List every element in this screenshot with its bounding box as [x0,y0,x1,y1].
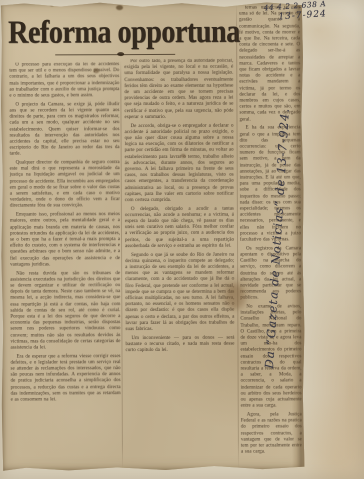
handwritten-reference-annotation: 44 4.2.2.638 A 13-7-924 [263,0,364,23]
rule-line [55,54,175,56]
article-paragraph: Segundo o que já se soube do Rio de Jane… [125,252,234,333]
article-paragraph: Era de esperar que a reforma viesse corr… [11,354,121,404]
rule-ornament-icon [117,52,124,56]
ink-stain [50,3,54,6]
ink-stain [116,5,123,10]
paper-stain [93,68,99,73]
headline: Reforma opportuna [8,13,229,54]
paper-stain [181,154,186,158]
article-paragraph: O processo para execução da lei de accid… [9,62,119,100]
article-paragraph: Por outro lado, a presença da autoridade… [124,59,233,122]
clipping-folded-edge [290,1,305,470]
article-paragraph: O projecto da Camara, se exige já, póde … [9,102,119,158]
headline-rule [55,53,175,57]
article-paragraph: Não resta duvida que são os tribunaes de… [10,271,120,352]
article-paragraph: O delegado, obrigado a acudir a tantas o… [125,206,234,250]
album-page: Reforma opportuna O processo para execuç… [0,0,364,479]
article-paragraph: Um inconveniente — para os donos — será … [125,335,234,354]
article-paragraph: Emquanto isso, profissional ao menos nos… [10,212,120,268]
article-paragraph: Qualquer director de companhia de seguro… [10,160,120,210]
paper-stain [225,284,245,310]
newspaper-clipping: Reforma opportuna O processo para execuç… [0,1,305,471]
article-column-1: O processo para execução da lei de accid… [9,62,121,471]
article-column-2: Por outro lado, a presença da autoridade… [124,59,235,471]
article-paragraph: De accordo, obriga-se o empregador a dec… [125,123,234,204]
